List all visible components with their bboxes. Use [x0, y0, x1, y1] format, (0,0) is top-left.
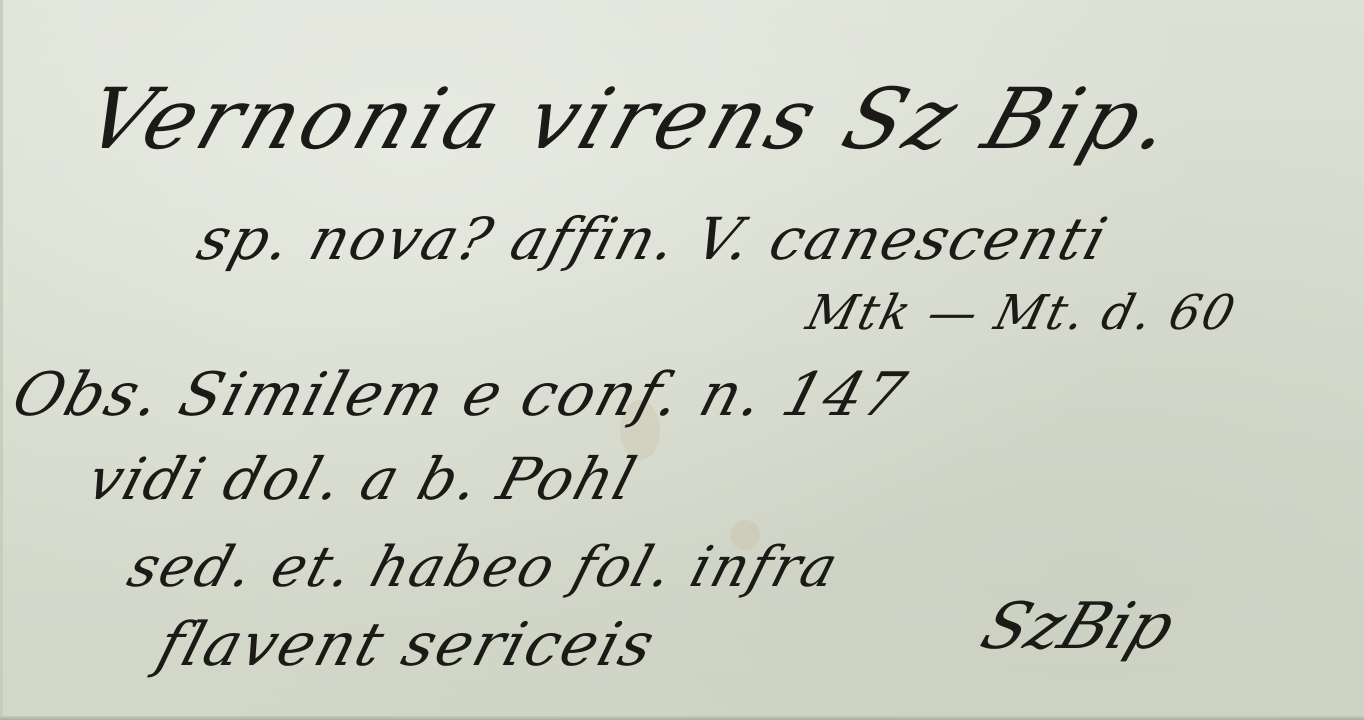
annotation-line: Mtk — Mt. d. 60	[801, 285, 1242, 341]
paper-left-edge	[0, 0, 3, 720]
observation-line-4: flavent sericeis	[150, 610, 664, 680]
herbarium-label: Vernonia virens Sz Bip. sp. nova? affin.…	[0, 0, 1364, 720]
observation-line-2: vidi dol. a b. Pohl	[80, 445, 645, 513]
observation-line: Obs. Similem e conf. n. 147	[5, 360, 915, 430]
species-note-line: sp. nova? affin. V. canescenti	[190, 205, 1116, 273]
observation-line-3: sed. et. habeo fol. infra	[121, 535, 847, 600]
species-name-line: Vernonia virens Sz Bip.	[74, 70, 1189, 168]
paper-bottom-edge	[0, 716, 1364, 720]
signature: SzBip	[972, 590, 1185, 664]
